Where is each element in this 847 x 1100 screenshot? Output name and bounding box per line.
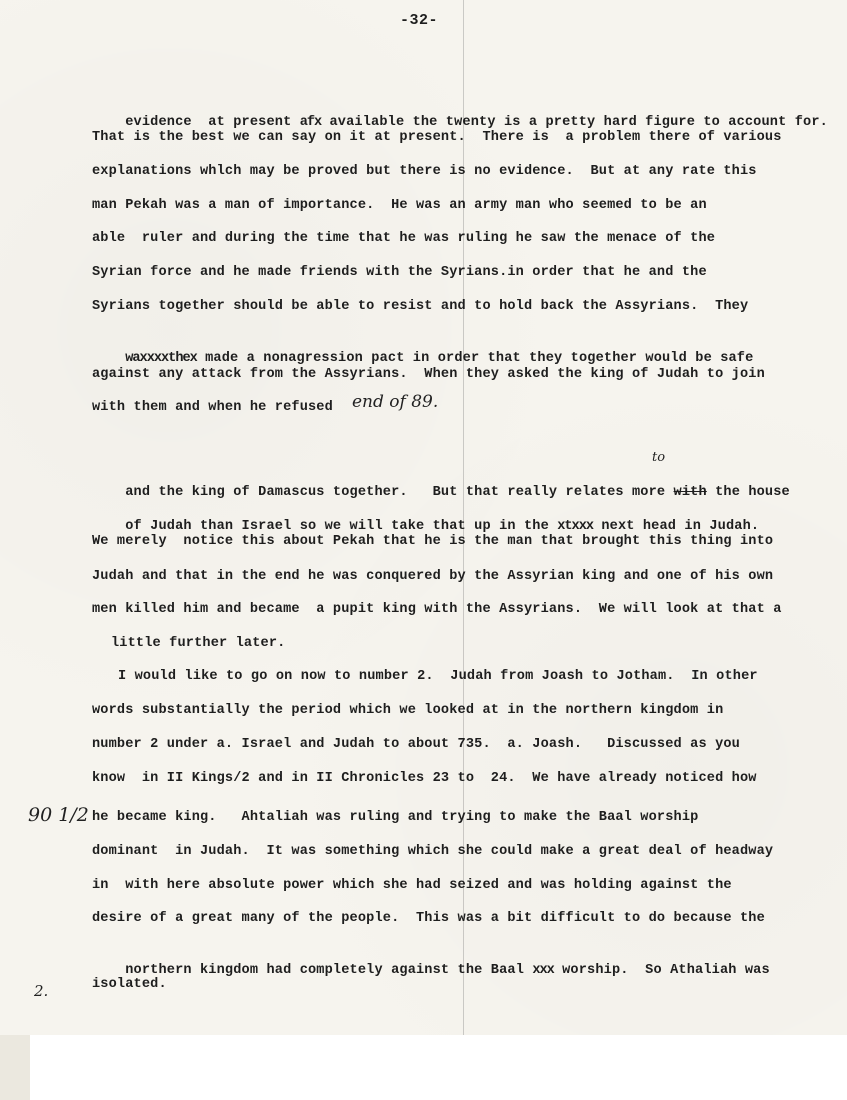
text-line-22: dominant in Judah. It was something whic…	[92, 843, 773, 861]
text-line-19: number 2 under a. Israel and Judah to ab…	[92, 736, 740, 754]
handwritten-end-note: end of 89.	[352, 392, 438, 412]
text-segment: and the king of Damascus together. But t…	[125, 485, 673, 500]
text-segment: available the twenty is a pretty hard fi…	[321, 115, 828, 130]
text-line-26: isolated.	[92, 976, 167, 994]
text-line-9: against any attack from the Assyrians. W…	[92, 366, 765, 384]
text-segment: evidence at present	[125, 115, 299, 130]
struck-word: afx	[300, 115, 321, 130]
scanned-page: -32- evidence at present afx available t…	[0, 0, 847, 1100]
struck-word-with: with	[674, 485, 707, 500]
text-segment: made a nonagression pact in order that t…	[197, 351, 754, 366]
text-line-2: That is the best we can say on it at pre…	[92, 129, 782, 147]
text-line-25: northern kingdom had completely against …	[92, 944, 770, 998]
text-line-4: man Pekah was a man of importance. He wa…	[92, 197, 707, 215]
text-line-13: We merely notice this about Pekah that h…	[92, 533, 773, 551]
handwritten-margin-note-2: 2.	[34, 982, 48, 1000]
text-segment: next head in Judah.	[593, 519, 759, 534]
blank-scan-area	[30, 1035, 847, 1100]
text-line-16: little further later.	[111, 635, 285, 653]
text-segment: northern kingdom had completely against …	[125, 963, 532, 978]
text-line-21: he became king. Ahtaliah was ruling and …	[92, 809, 698, 827]
text-line-17: I would like to go on now to number 2. J…	[118, 668, 758, 686]
text-segment: worship. So Athaliah was	[554, 963, 770, 978]
struck-word: xxx	[532, 963, 553, 978]
text-line-10: with them and when he refused	[92, 399, 333, 417]
text-line-20: know in II Kings/2 and in II Chronicles …	[92, 770, 757, 788]
text-line-14: Judah and that in the end he was conquer…	[92, 568, 773, 586]
text-line-23: in with here absolute power which she ha…	[92, 877, 732, 895]
scan-edge	[0, 1035, 30, 1100]
text-line-7: Syrians together should be able to resis…	[92, 298, 748, 316]
text-line-18: words substantially the period which we …	[92, 702, 723, 720]
text-line-24: desire of a great many of the people. Th…	[92, 910, 765, 928]
text-segment: the house	[707, 485, 790, 500]
struck-word: xtxxx	[557, 519, 593, 534]
page-number: -32-	[400, 12, 438, 29]
struck-word: waxxxxthex	[125, 351, 197, 366]
text-segment: of Judah than Israel so we will take tha…	[125, 519, 557, 534]
text-line-6: Syrian force and he made friends with th…	[92, 264, 707, 282]
handwritten-margin-note: 90 1/2	[28, 804, 89, 826]
text-line-3: explanations whlch may be proved but the…	[92, 163, 757, 181]
text-line-15: men killed him and became a pupit king w…	[92, 601, 782, 619]
text-line-5: able ruler and during the time that he w…	[92, 230, 715, 248]
handwritten-correction: to	[652, 450, 665, 465]
